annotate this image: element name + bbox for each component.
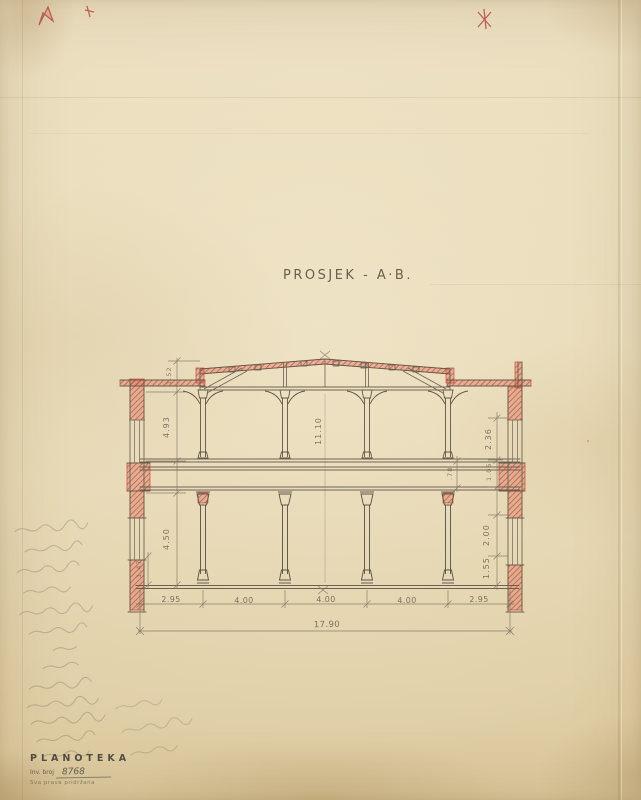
- dimension-label: 2.00: [482, 517, 491, 553]
- dimension-label: 4.00: [386, 596, 428, 606]
- dimension-label: 1.05: [485, 458, 493, 486]
- stamp-inv-label: Inv. broj: [30, 769, 54, 776]
- red-masonry: [120, 359, 531, 610]
- dimension-label: 4.00: [223, 596, 265, 606]
- dimension-total-label: 17.90: [297, 619, 357, 630]
- dimension-label: 1.52: [165, 360, 173, 392]
- dimension-label: 11.10: [314, 410, 323, 452]
- dimension-label: 4.93: [162, 408, 171, 446]
- pencil-structure: [120, 359, 531, 612]
- stamp-inv-number: 8768: [56, 767, 111, 779]
- archive-stamp: PLANOTEKA Inv. broj 8768 Sva prava pridr…: [30, 753, 130, 786]
- stamp-inventory-row: Inv. broj 8768: [30, 767, 130, 778]
- drawing-title: PROSJEK - A·B.: [283, 268, 413, 283]
- upper-columns: [183, 390, 468, 458]
- wall-windows: [129, 420, 523, 565]
- stamp-rights: Sva prava pridržana: [30, 780, 130, 786]
- dimension-label: 2.95: [458, 595, 500, 605]
- red-corner-marks: [39, 6, 589, 442]
- dimension-label: 2.36: [484, 421, 493, 457]
- drawing-sheet: PROSJEK - A·B. 2.95 4.00 4.00 4.00 2.95 …: [0, 0, 641, 800]
- section-drawing-linework: [0, 0, 641, 800]
- dimension-label: 1.55: [482, 552, 491, 584]
- dimension-label: 4.50: [162, 520, 171, 558]
- dimension-lines: [136, 351, 514, 635]
- dimension-label: .78: [446, 460, 454, 486]
- stamp-title: PLANOTEKA: [30, 753, 130, 764]
- dimension-label: 4.00: [305, 595, 347, 605]
- dimension-label: 2.95: [150, 595, 192, 605]
- dimension-label: 1.47: [135, 554, 143, 584]
- lower-columns: [196, 492, 455, 583]
